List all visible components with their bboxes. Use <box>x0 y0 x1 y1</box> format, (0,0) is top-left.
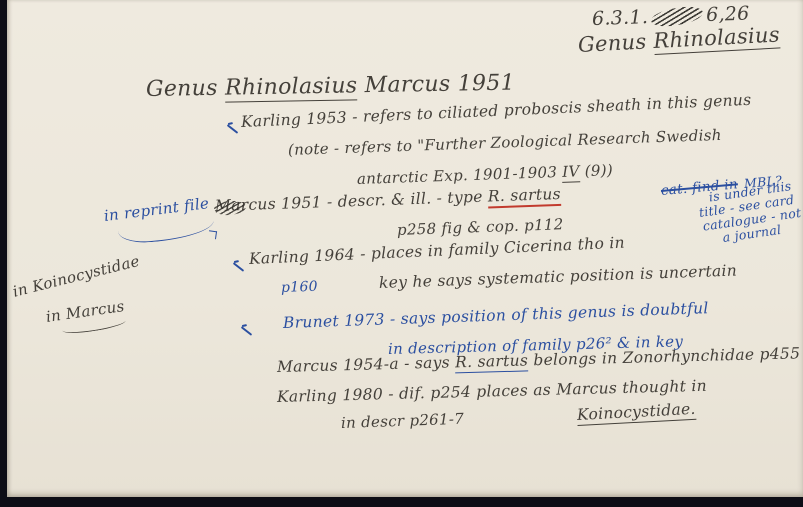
catalog-number-prefix: 6.3.1. <box>592 6 649 30</box>
note-line-2-post: (9)) <box>579 161 613 180</box>
title-genus-word: Genus <box>146 76 225 102</box>
title-author-year: Marcus 1951 <box>357 71 515 99</box>
marcus-1951-species: R. sartus <box>488 185 562 209</box>
note-line-2-volume: IV <box>562 162 580 183</box>
title-genus-name: Rhinolasius <box>225 73 358 102</box>
scribble-crossout-icon <box>650 4 704 29</box>
karling-1964-page: p160 <box>281 279 318 296</box>
scanned-index-card-scene: 6.3.1.6,26 Genus Rhinolasius Genus Rhino… <box>0 0 803 507</box>
header-genus-word: Genus <box>577 29 647 57</box>
marcus-1954a-species: R. sartus <box>455 351 528 373</box>
catalog-number-suffix: 6,26 <box>706 3 750 27</box>
